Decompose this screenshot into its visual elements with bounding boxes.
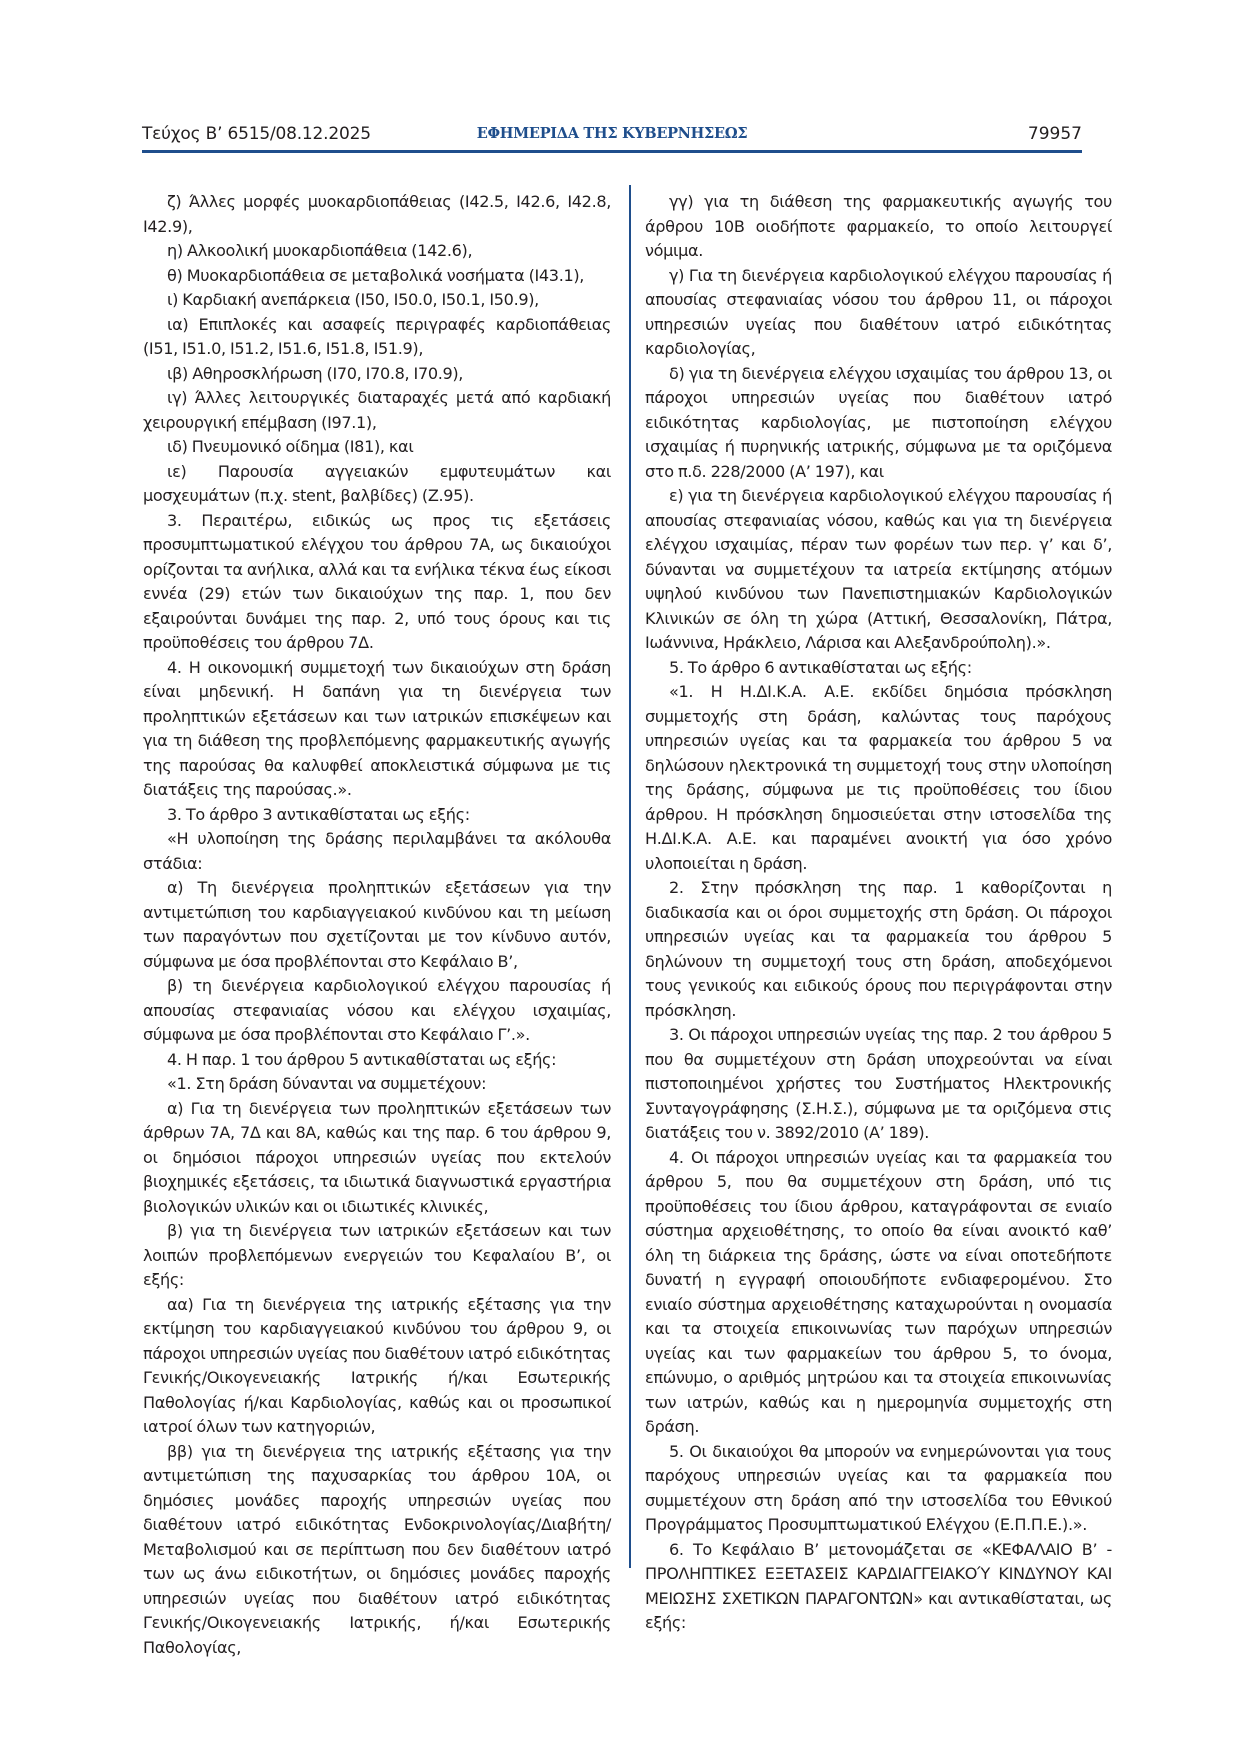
paragraph: ι) Καρδιακή ανεπάρκεια (I50, I50.0, I50.… xyxy=(143,288,611,313)
paragraph: η) Αλκοολική μυοκαρδιοπάθεια (142.6), xyxy=(143,239,611,264)
paragraph: ιγ) Άλλες λειτουργικές διαταραχές μετά α… xyxy=(143,386,611,435)
paragraph: β) για τη διενέργεια των ιατρικών εξετάσ… xyxy=(143,1219,611,1293)
header-rule xyxy=(142,150,1082,153)
paragraph: ιδ) Πνευμονικό οίδημα (I81), και xyxy=(143,435,611,460)
paragraph: ια) Επιπλοκές και ασαφείς περιγραφές καρ… xyxy=(143,313,611,362)
paragraph: 3. Οι πάροχοι υπηρεσιών υγείας της παρ. … xyxy=(645,1023,1112,1146)
paragraph: α) Τη διενέργεια προληπτικών εξετάσεων γ… xyxy=(143,876,611,974)
paragraph: 3. Περαιτέρω, ειδικώς ως προς τις εξετάσ… xyxy=(143,509,611,656)
paragraph: α) Για τη διενέργεια των προληπτικών εξε… xyxy=(143,1097,611,1220)
paragraph: αα) Για τη διενέργεια της ιατρικής εξέτα… xyxy=(143,1293,611,1440)
paragraph: δ) για τη διενέργεια ελέγχου ισχαιμίας τ… xyxy=(645,362,1112,485)
paragraph: «1. Στη δράση δύνανται να συμμετέχουν: xyxy=(143,1072,611,1097)
left-column: ζ) Άλλες μορφές μυοκαρδιοπάθειας (I42.5,… xyxy=(143,190,611,1660)
paragraph: 4. Οι πάροχοι υπηρεσιών υγείας και τα φα… xyxy=(645,1146,1112,1440)
paragraph: θ) Μυοκαρδιοπάθεια σε μεταβολικά νοσήματ… xyxy=(143,264,611,289)
right-column: γγ) για τη διάθεση της φαρμακευτικής αγω… xyxy=(645,190,1112,1636)
paragraph: ββ) για τη διενέργεια της ιατρικής εξέτα… xyxy=(143,1440,611,1661)
paragraph: 6. Το Κεφάλαιο Β’ μετονομάζεται σε «ΚΕΦΑ… xyxy=(645,1538,1112,1636)
paragraph: «1. Η Η.ΔΙ.Κ.Α. Α.Ε. εκδίδει δημόσια πρό… xyxy=(645,680,1112,876)
paragraph: ε) για τη διενέργεια καρδιολογικού ελέγχ… xyxy=(645,484,1112,656)
paragraph: γ) Για τη διενέργεια καρδιολογικού ελέγχ… xyxy=(645,264,1112,362)
paragraph: 4. Η οικονομική συμμετοχή των δικαιούχων… xyxy=(143,656,611,803)
paragraph: 5. Το άρθρο 6 αντικαθίσταται ως εξής: xyxy=(645,656,1112,681)
paragraph: «Η υλοποίηση της δράσης περιλαμβάνει τα … xyxy=(143,827,611,876)
paragraph: ιε) Παρουσία αγγειακών εμφυτευμάτων και … xyxy=(143,460,611,509)
paragraph: 3. Το άρθρο 3 αντικαθίσταται ως εξής: xyxy=(143,803,611,828)
paragraph: γγ) για τη διάθεση της φαρμακευτικής αγω… xyxy=(645,190,1112,264)
gazette-title: ΕΦΗΜΕΡΙΔΑ ΤΗΣ ΚΥΒΕΡΝΗΣΕΩΣ xyxy=(142,125,1082,142)
paragraph: β) τη διενέργεια καρδιολογικού ελέγχου π… xyxy=(143,974,611,1048)
paragraph: ζ) Άλλες μορφές μυοκαρδιοπάθειας (I42.5,… xyxy=(143,190,611,239)
paragraph: 5. Οι δικαιούχοι θα μπορούν να ενημερώνο… xyxy=(645,1440,1112,1538)
paragraph: ιβ) Αθηροσκλήρωση (I70, I70.8, I70.9), xyxy=(143,362,611,387)
paragraph: 4. Η παρ. 1 του άρθρου 5 αντικαθίσταται … xyxy=(143,1048,611,1073)
paragraph: 2. Στην πρόσκληση της παρ. 1 καθορίζοντα… xyxy=(645,876,1112,1023)
page-number: 79957 xyxy=(1028,124,1082,144)
column-divider xyxy=(629,185,631,1568)
page-header: Τεύχος Β’ 6515/08.12.2025 ΕΦΗΜΕΡΙΔΑ ΤΗΣ … xyxy=(142,118,1082,152)
